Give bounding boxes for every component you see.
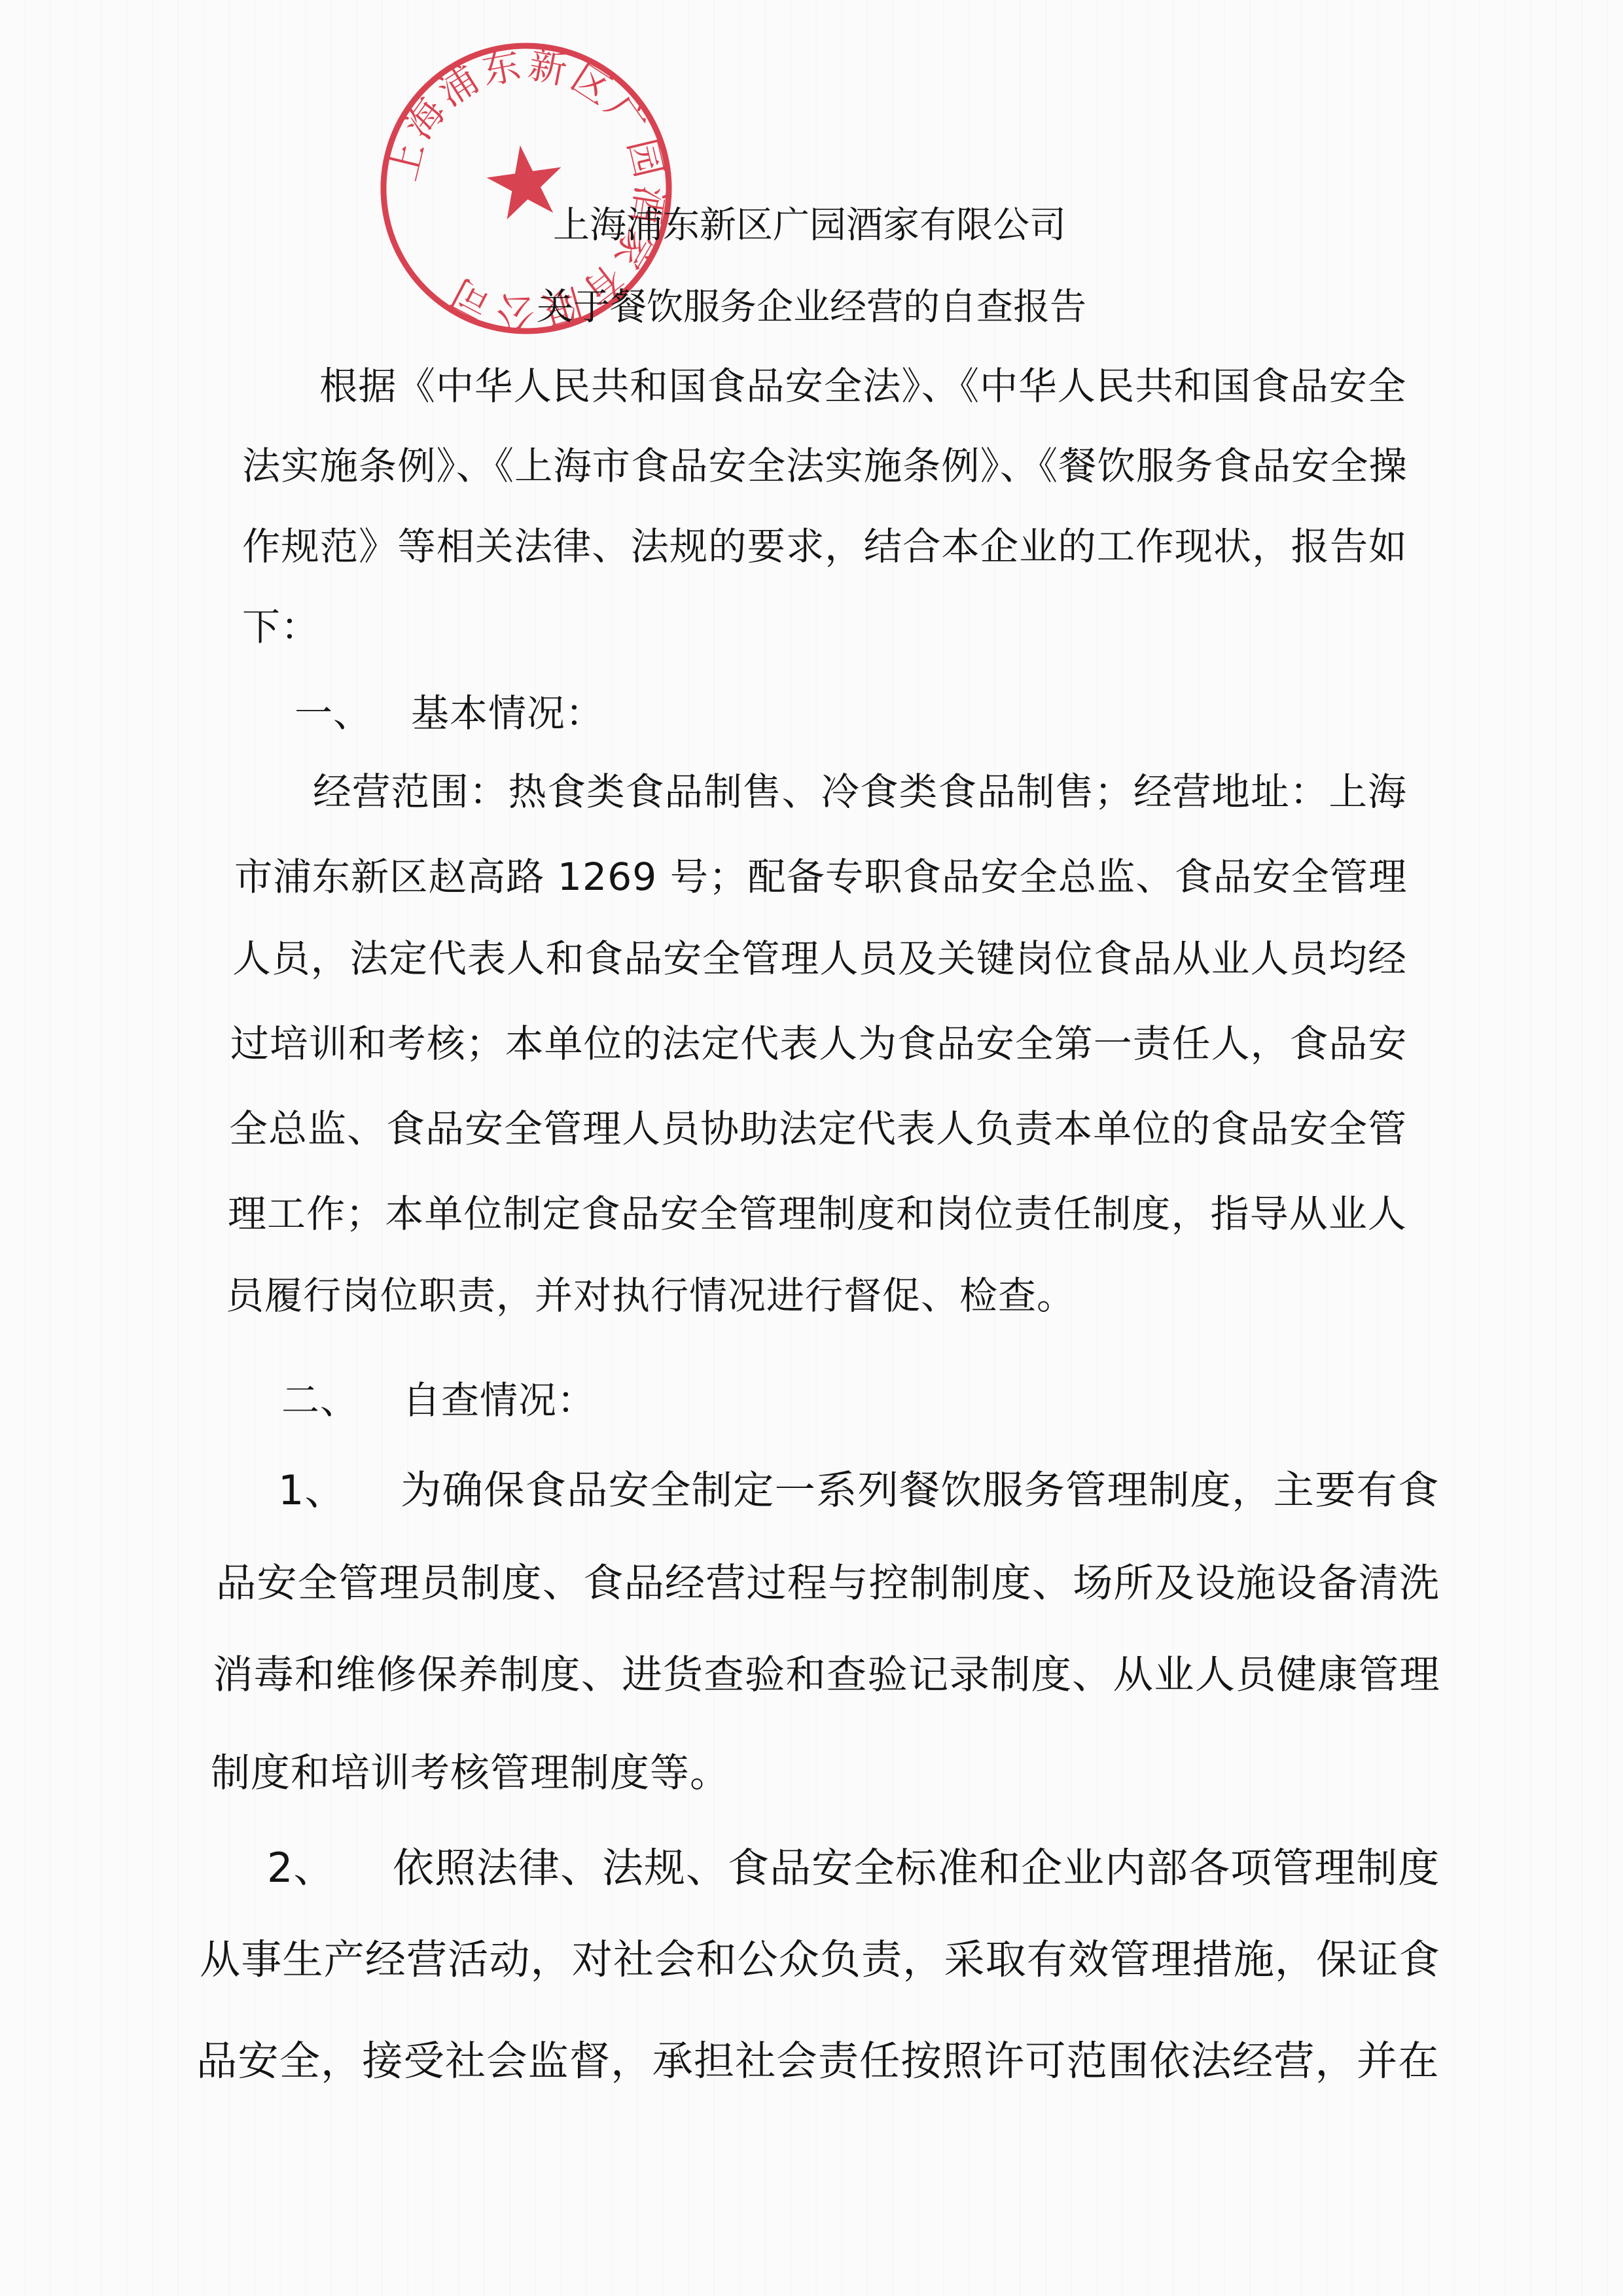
item2-number: 2、 bbox=[267, 1845, 334, 1891]
section1-line-6: 理工作；本单位制定食品安全管理制度和岗位责任制度，指导从业人 bbox=[228, 1191, 1407, 1237]
item2-line-3: 品安全，接受社会监督，承担社会责任按照许可范围依法经营，并在 bbox=[196, 2038, 1439, 2084]
document-page: 上海浦东新区广园酒家有限公司 ★ 上海浦东新区广园酒家有限公司 关于餐饮服务企业… bbox=[0, 0, 1623, 2296]
item2-line-2: 从事生产经营活动，对社会和公众负责，采取有效管理措施，保证食 bbox=[200, 1937, 1440, 1983]
item1-line-3: 消毒和维修保养制度、进货查验和查验记录制度、从业人员健康管理 bbox=[213, 1652, 1440, 1698]
title-company: 上海浦东新区广园酒家有限公司 bbox=[553, 203, 1066, 249]
section1-line-1: 经营范围：热食类食品制售、冷食类食品制售；经营地址：上海 bbox=[313, 769, 1407, 815]
item1-first-line: 为确保食品安全制定一系列餐饮服务管理制度，主要有食 bbox=[401, 1468, 1440, 1513]
item2-first-line: 依照法律、法规、食品安全标准和企业内部各项管理制度 bbox=[393, 1845, 1440, 1891]
title-report: 关于餐饮服务企业经营的自查报告 bbox=[537, 285, 1086, 330]
intro-line-4: 下： bbox=[242, 604, 319, 650]
section1-line-5: 全总监、食品安全管理人员协助法定代表人负责本单位的食品安全管 bbox=[229, 1106, 1407, 1152]
intro-line-2: 法实施条例》、《上海市食品安全法实施条例》、《餐饮服务食品安全操 bbox=[242, 443, 1408, 489]
item1-line-2: 品安全管理员制度、食品经营过程与控制制度、场所及设施设备清洗 bbox=[216, 1561, 1440, 1606]
section1-line-3: 人员，法定代表人和食品安全管理人员及关键岗位食品从业人员均经 bbox=[232, 936, 1407, 981]
item1-number: 1、 bbox=[278, 1468, 346, 1513]
item1-line-4: 制度和培训考核管理制度等。 bbox=[211, 1750, 730, 1796]
intro-line-3: 作规范》等相关法律、法规的要求，结合本企业的工作现状，报告如 bbox=[242, 523, 1408, 569]
section1-line-4: 过培训和考核；本单位的法定代表人为食品安全第一责任人，食品安 bbox=[230, 1021, 1407, 1067]
section1-line-2: 市浦东新区赵高路 1269 号；配备专职食品安全总监、食品安全管理 bbox=[234, 854, 1407, 900]
section2-number: 二、 bbox=[281, 1377, 359, 1423]
section2-heading: 自查情况： bbox=[402, 1377, 596, 1423]
section1-heading: 基本情况： bbox=[411, 690, 604, 736]
section1-line-7: 员履行岗位职责，并对执行情况进行督促、检查。 bbox=[226, 1273, 1075, 1318]
intro-line-1: 根据《中华人民共和国食品安全法》、《中华人民共和国食品安全 bbox=[319, 363, 1406, 409]
section1-number: 一、 bbox=[294, 690, 372, 736]
